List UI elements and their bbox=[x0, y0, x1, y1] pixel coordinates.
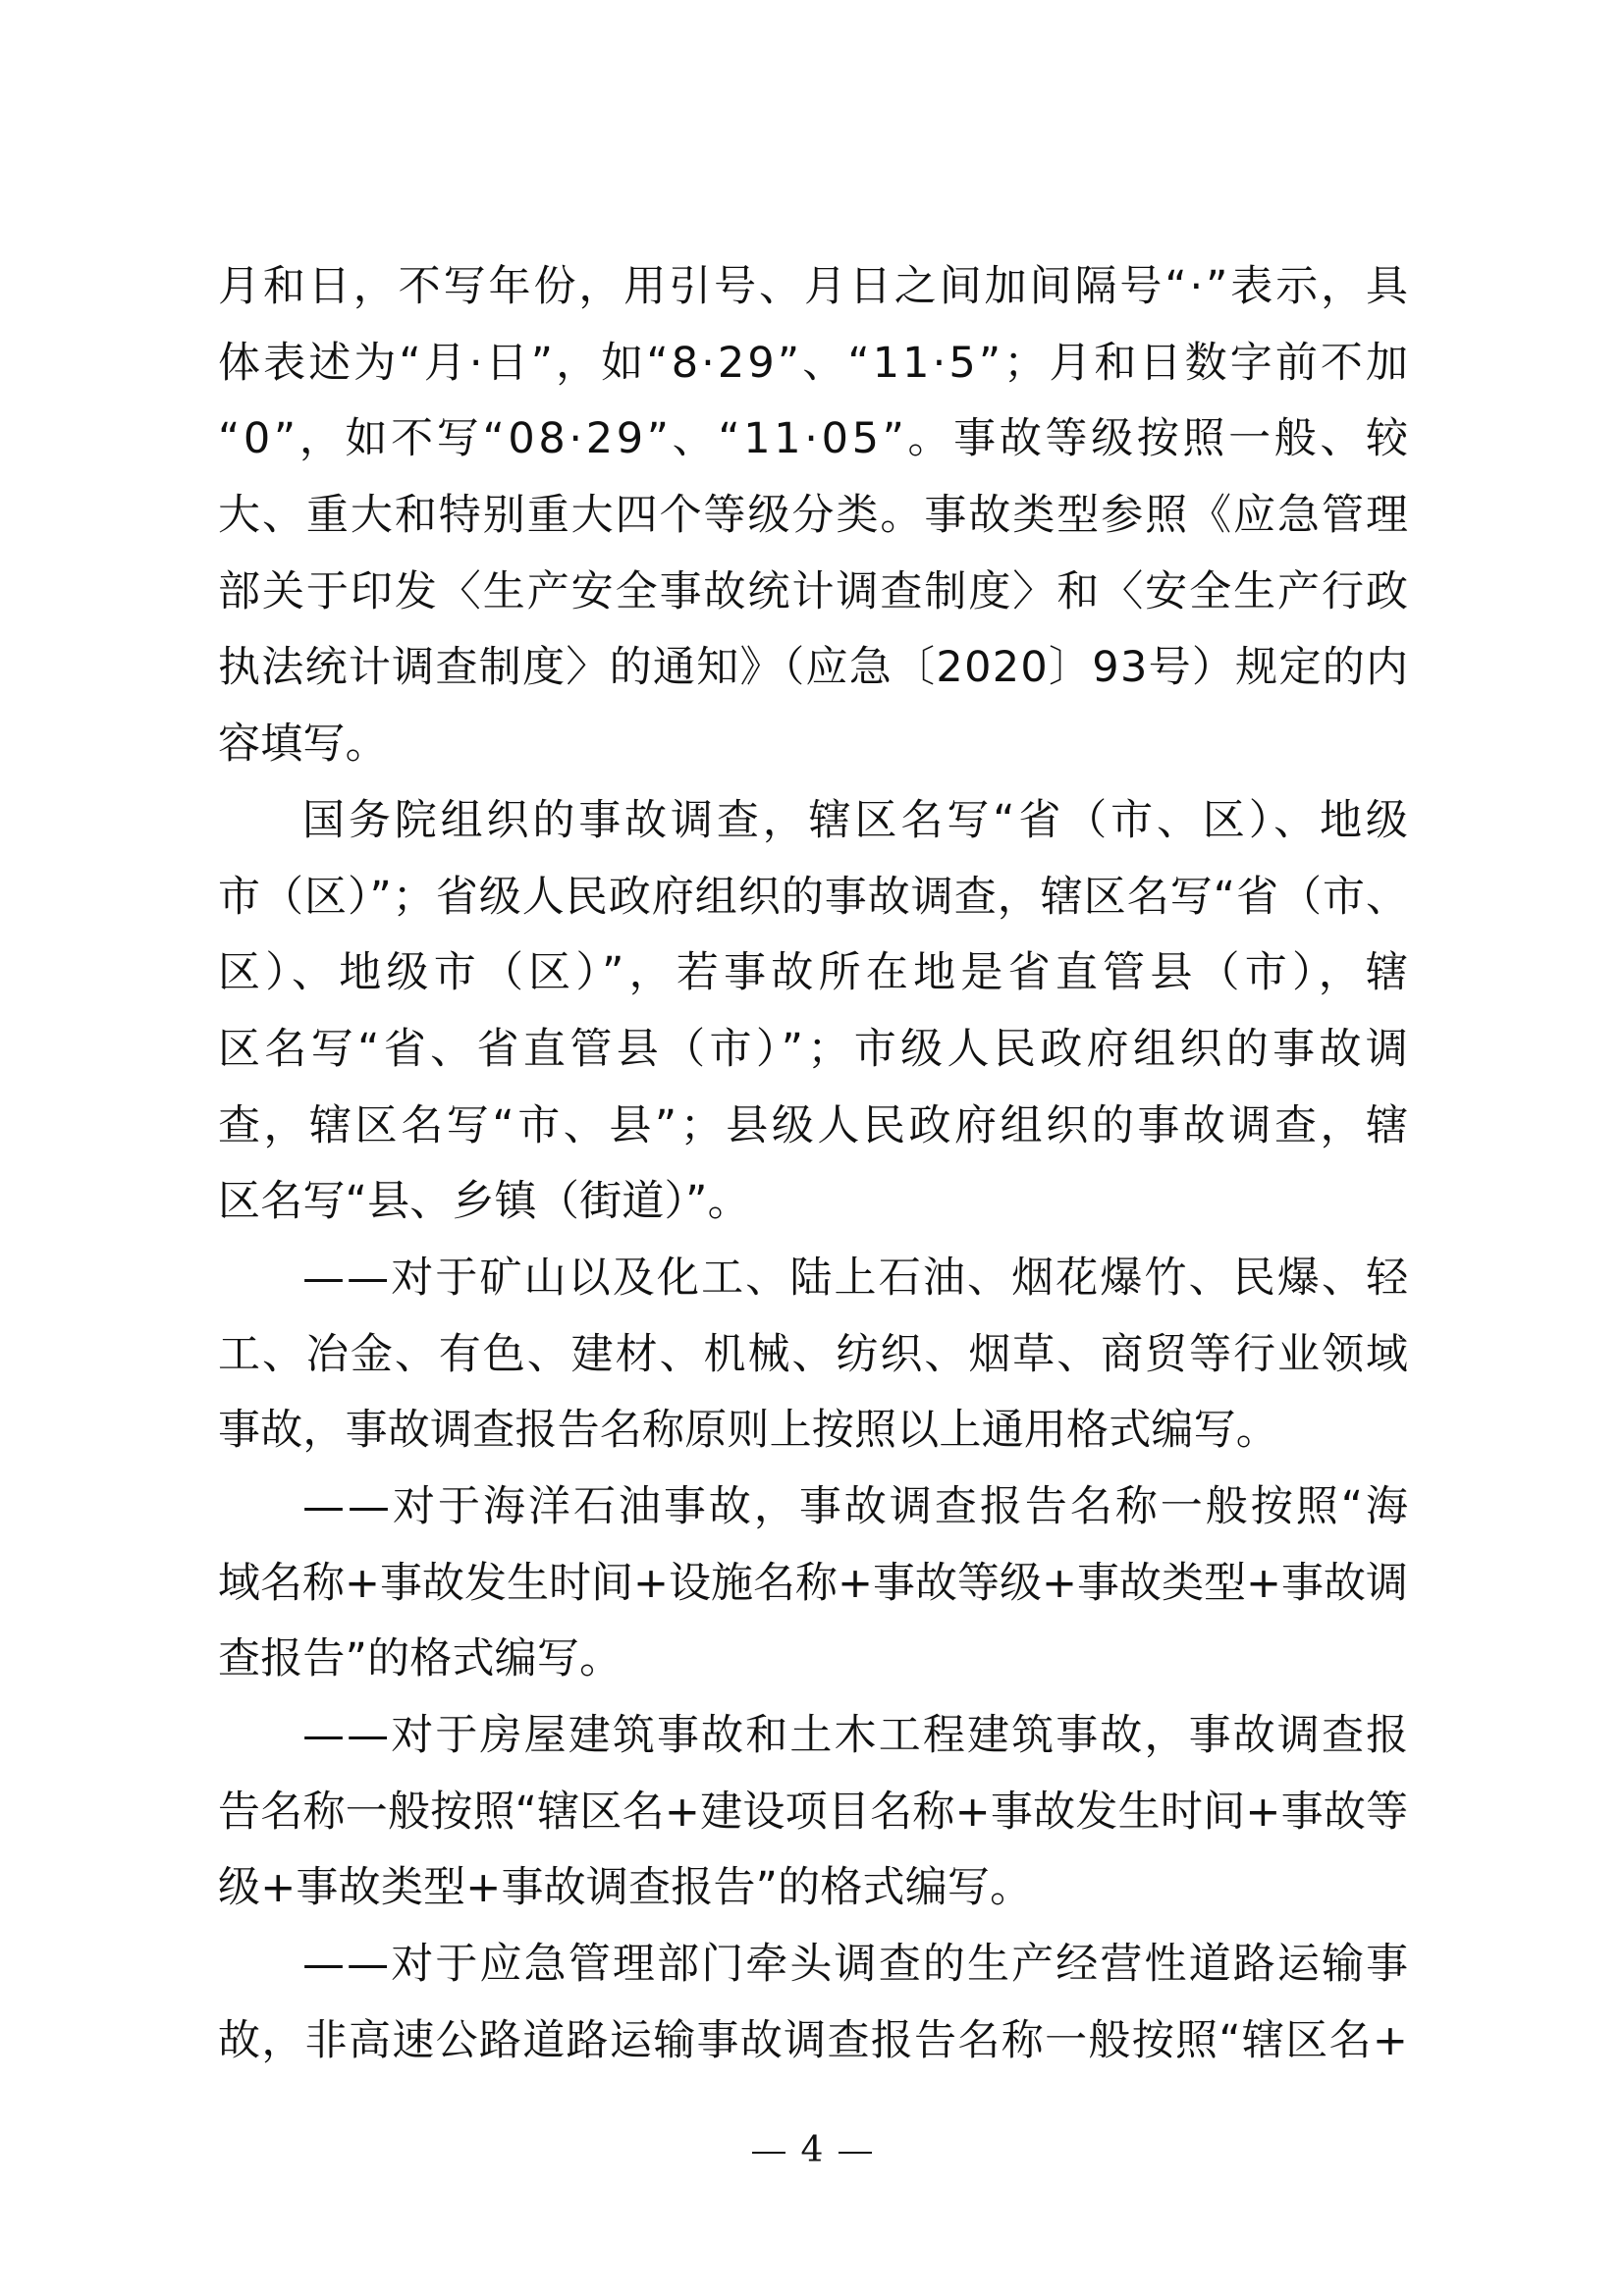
text-line: 国务院组织的事故调查，辖区名写“省（市、区）、地级 bbox=[218, 783, 1408, 860]
dash-right bbox=[839, 2152, 872, 2154]
text-line: 大、重大和特别重大四个等级分类。事故类型参照《应急管理 bbox=[218, 478, 1408, 555]
page-number: 4 bbox=[0, 2130, 1624, 2170]
document-body: 月和日，不写年份，用引号、月日之间加间隔号“·”表示，具 体表述为“月·日”，如… bbox=[218, 249, 1408, 2080]
text-line: 域名称+事故发生时间+设施名称+事故等级+事故类型+事故调 bbox=[218, 1546, 1408, 1623]
text-line: ——对于房屋建筑事故和土木工程建筑事故，事故调查报 bbox=[218, 1698, 1408, 1775]
text-line: 区）、地级市（区）”，若事故所在地是省直管县（市），辖 bbox=[218, 935, 1408, 1012]
text-line: ——对于海洋石油事故，事故调查报告名称一般按照“海 bbox=[218, 1469, 1408, 1546]
text-line: 区名写“县、乡镇（街道）”。 bbox=[218, 1164, 1408, 1241]
paragraph-date-format-and-classification: 月和日，不写年份，用引号、月日之间加间隔号“·”表示，具 体表述为“月·日”，如… bbox=[218, 249, 1408, 783]
text-line: “0”，如不写“08·29”、“11·05”。事故等级按照一般、较 bbox=[218, 401, 1408, 478]
text-line: 查报告”的格式编写。 bbox=[218, 1622, 1408, 1698]
text-line: 容填写。 bbox=[218, 707, 1408, 783]
text-line: 工、冶金、有色、建材、机械、纺织、烟草、商贸等行业领域 bbox=[218, 1317, 1408, 1394]
paragraph-construction: ——对于房屋建筑事故和土木工程建筑事故，事故调查报 告名称一般按照“辖区名+建设… bbox=[218, 1698, 1408, 1927]
text-line: 告名称一般按照“辖区名+建设项目名称+事故发生时间+事故等 bbox=[218, 1775, 1408, 1851]
text-line: 故，非高速公路道路运输事故调查报告名称一般按照“辖区名+ bbox=[218, 2003, 1408, 2080]
text-line: 事故，事故调查报告名称原则上按照以上通用格式编写。 bbox=[218, 1393, 1408, 1469]
text-line: 月和日，不写年份，用引号、月日之间加间隔号“·”表示，具 bbox=[218, 249, 1408, 326]
text-line: 体表述为“月·日”，如“8·29”、“11·5”；月和日数字前不加 bbox=[218, 326, 1408, 402]
text-line: 级+事故类型+事故调查报告”的格式编写。 bbox=[218, 1850, 1408, 1927]
paragraph-offshore-oil: ——对于海洋石油事故，事故调查报告名称一般按照“海 域名称+事故发生时间+设施名… bbox=[218, 1469, 1408, 1698]
text-line: ——对于矿山以及化工、陆上石油、烟花爆竹、民爆、轻 bbox=[218, 1241, 1408, 1317]
dash-left bbox=[752, 2152, 785, 2154]
text-line: ——对于应急管理部门牵头调查的生产经营性道路运输事 bbox=[218, 1927, 1408, 2003]
text-line: 区名写“省、省直管县（市）”；市级人民政府组织的事故调 bbox=[218, 1012, 1408, 1089]
paragraph-mining-chemical-industries: ——对于矿山以及化工、陆上石油、烟花爆竹、民爆、轻 工、冶金、有色、建材、机械、… bbox=[218, 1241, 1408, 1469]
text-line: 部关于印发〈生产安全事故统计调查制度〉和〈安全生产行政 bbox=[218, 555, 1408, 631]
text-line: 查，辖区名写“市、县”；县级人民政府组织的事故调查，辖 bbox=[218, 1089, 1408, 1165]
paragraph-road-transport: ——对于应急管理部门牵头调查的生产经营性道路运输事 故，非高速公路道路运输事故调… bbox=[218, 1927, 1408, 2079]
text-line: 市（区）”；省级人民政府组织的事故调查，辖区名写“省（市、 bbox=[218, 860, 1408, 936]
paragraph-jurisdiction-naming: 国务院组织的事故调查，辖区名写“省（市、区）、地级 市（区）”；省级人民政府组织… bbox=[218, 783, 1408, 1241]
page-number-value: 4 bbox=[801, 2130, 824, 2170]
text-line: 执法统计调查制度〉的通知》（应急〔2020〕93号）规定的内 bbox=[218, 630, 1408, 707]
document-page: 月和日，不写年份，用引号、月日之间加间隔号“·”表示，具 体表述为“月·日”，如… bbox=[0, 0, 1624, 2296]
